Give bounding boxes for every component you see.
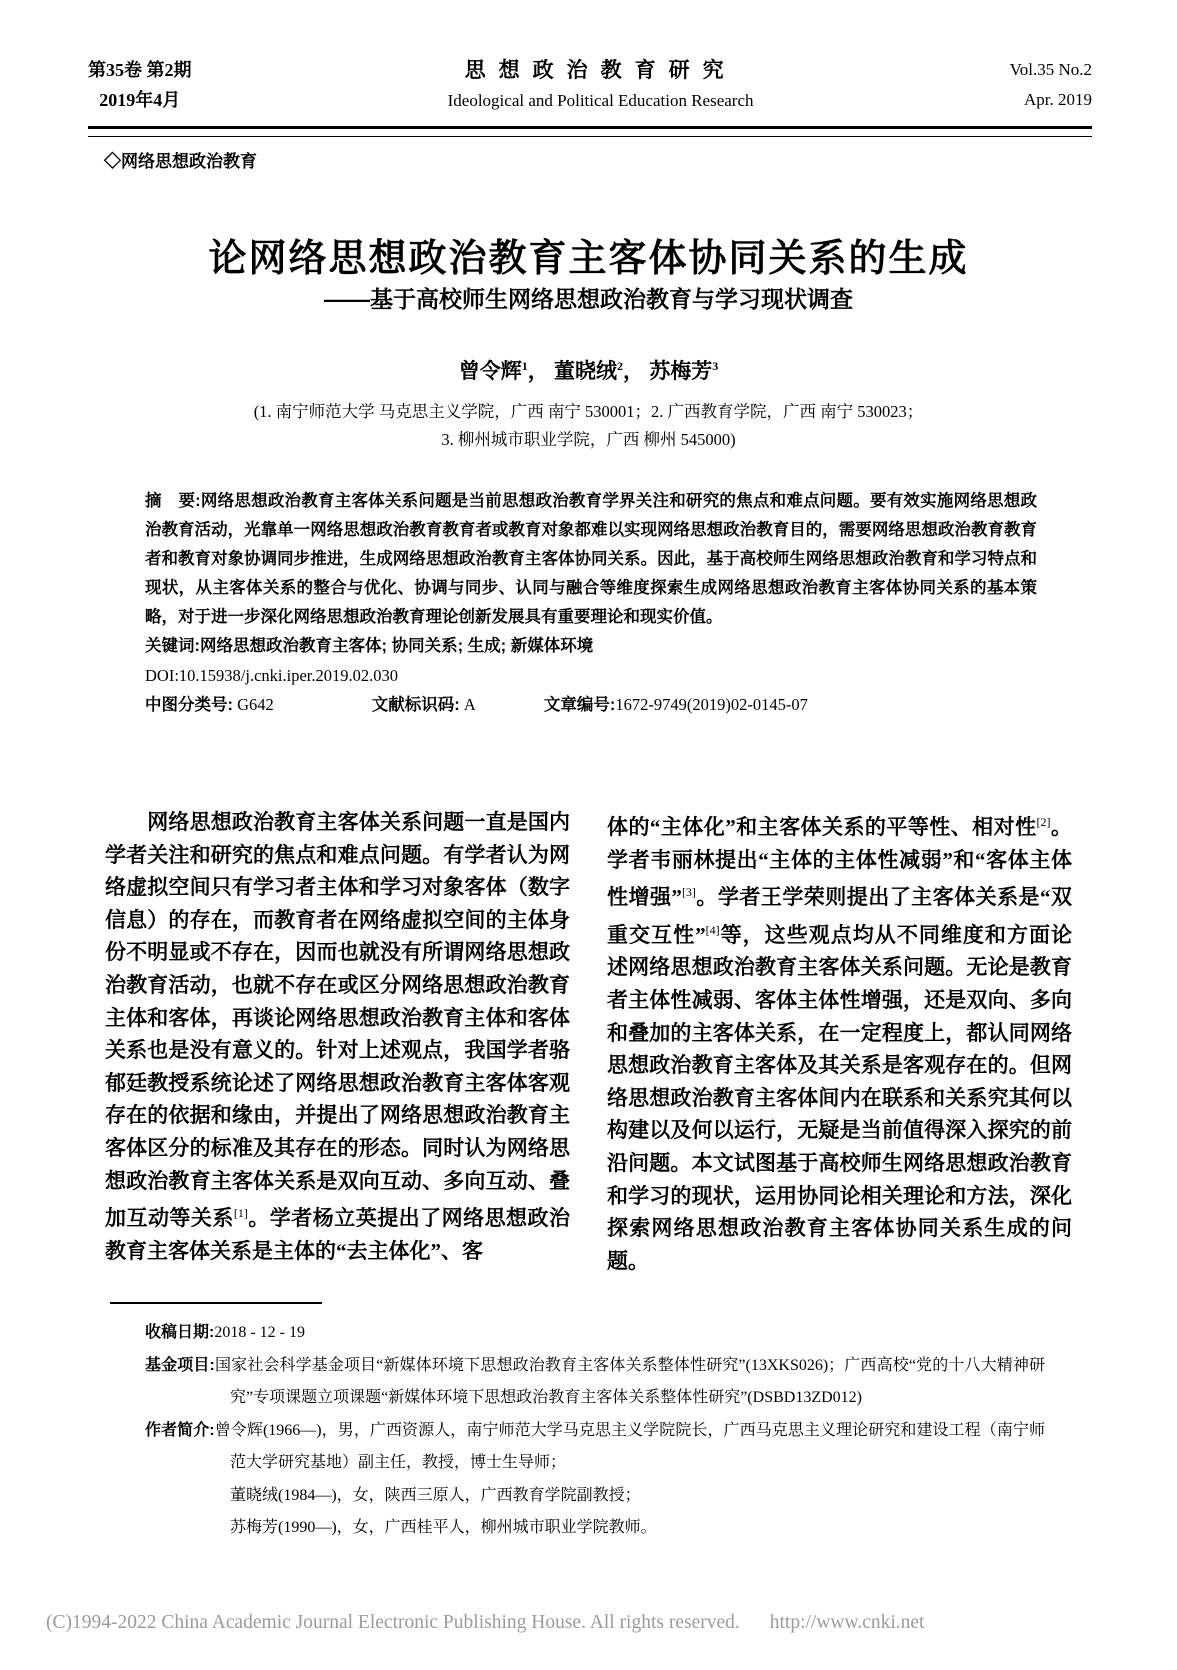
fund-label: 基金项目:	[145, 1357, 215, 1374]
header-right: Vol.35 No.2 Apr. 2019	[1010, 58, 1092, 112]
issue-date-cn: 2019年4月	[88, 88, 192, 112]
article-id-group: 文章编号:1672-9749(2019)02-0145-07	[544, 690, 808, 720]
keywords: 关键词:网络思想政治教育主客体; 协同关系; 生成; 新媒体环境	[145, 632, 1037, 661]
keywords-text: 网络思想政治教育主客体; 协同关系; 生成; 新媒体环境	[200, 637, 593, 655]
footnote-divider	[110, 1302, 322, 1304]
abstract-label: 摘 要:	[145, 492, 201, 510]
fund-text: 国家社会科学基金项目“新媒体环境下思想政治教育主客体关系整体性研究”(13XKS…	[215, 1357, 1045, 1407]
clc-group: 中图分类号: G642	[145, 690, 274, 720]
clc-label: 中图分类号:	[145, 696, 233, 714]
doc-code-label: 文献标识码:	[372, 696, 460, 714]
identifier-row: 中图分类号: G642 文献标识码: A 文章编号:1672-9749(2019…	[145, 690, 1037, 720]
affiliation-line-2: 3. 柳州城市职业学院，广西 柳州 545000)	[0, 426, 1177, 450]
doc-code-value: A	[464, 695, 476, 714]
journal-title-en: Ideological and Political Education Rese…	[192, 88, 1010, 114]
volume-issue-en: Vol.35 No.2	[1010, 58, 1092, 82]
paper-page: 第35卷 第2期 2019年4月 思想政治教育研究 Ideological an…	[0, 0, 1177, 1670]
footnote-bio-1: 作者简介:曾令辉(1966—)，男，广西资源人，南宁师范大学马克思主义学院院长，…	[145, 1415, 1045, 1480]
header-center: 思想政治教育研究 Ideological and Political Educa…	[192, 58, 1010, 114]
journal-title-cn: 思想政治教育研究	[192, 58, 1010, 82]
abstract: 摘 要:网络思想政治教育主客体关系问题是当前思想政治教育学界关注和研究的焦点和难…	[145, 487, 1037, 632]
doc-code-group: 文献标识码: A	[372, 690, 476, 720]
footnote-bio-2: 董晓绒(1984—)，女，陕西三原人，广西教育学院副教授；	[145, 1480, 1045, 1513]
article-title: 论网络思想政治教育主客体协同关系的生成	[0, 227, 1177, 282]
received-label: 收稿日期:	[145, 1324, 214, 1341]
footnote-fund: 基金项目:国家社会科学基金项目“新媒体环境下思想政治教育主客体关系整体性研究”(…	[145, 1350, 1045, 1415]
issue-date-en: Apr. 2019	[1010, 88, 1092, 112]
journal-header: 第35卷 第2期 2019年4月 思想政治教育研究 Ideological an…	[88, 58, 1092, 114]
footnote-received: 收稿日期:2018 - 12 - 19	[145, 1317, 1045, 1350]
doi-line: DOI:10.15938/j.cnki.iper.2019.02.030	[145, 661, 1037, 690]
cnki-url: http://www.cnki.net	[770, 1612, 925, 1633]
body-column-right: 体的“主体化”和主客体关系的平等性、相对性[2]。学者韦丽林提出“主体的主体性减…	[607, 806, 1072, 1277]
article-subtitle: ——基于高校师生网络思想政治教育与学习现状调查	[0, 281, 1177, 314]
author-line: 曾令辉1， 董晓绒2， 苏梅芳3	[0, 355, 1177, 385]
article-body: 网络思想政治教育主客体关系问题一直是国内学者关注和研究的焦点和难点问题。有学者认…	[105, 806, 1072, 1277]
received-value: 2018 - 12 - 19	[214, 1324, 305, 1341]
clc-value: G642	[237, 695, 274, 714]
article-meta: 摘 要:网络思想政治教育主客体关系问题是当前思想政治教育学界关注和研究的焦点和难…	[145, 487, 1037, 720]
article-id-label: 文章编号:	[544, 696, 616, 714]
abstract-text: 网络思想政治教育主客体关系问题是当前思想政治教育学界关注和研究的焦点和难点问题。…	[145, 492, 1037, 626]
article-id-value: 1672-9749(2019)02-0145-07	[615, 695, 807, 714]
bio-line-1: 曾令辉(1966—)，男，广西资源人，南宁师范大学马克思主义学院院长，广西马克思…	[215, 1422, 1045, 1472]
footnotes: 收稿日期:2018 - 12 - 19 基金项目:国家社会科学基金项目“新媒体环…	[145, 1317, 1045, 1545]
section-marker: ◇网络思想政治教育	[104, 147, 257, 172]
footnote-bio-3: 苏梅芳(1990—)，女，广西桂平人，柳州城市职业学院教师。	[145, 1512, 1045, 1545]
bio-label: 作者简介:	[145, 1422, 215, 1439]
volume-issue-cn: 第35卷 第2期	[88, 58, 192, 82]
copyright-text: (C)1994-2022 China Academic Journal Elec…	[46, 1612, 740, 1633]
keywords-label: 关键词:	[145, 637, 200, 655]
affiliation-line-1: (1. 南宁师范大学 马克思主义学院，广西 南宁 530001；2. 广西教育学…	[0, 398, 1177, 422]
header-left: 第35卷 第2期 2019年4月	[88, 58, 192, 112]
page-footer: (C)1994-2022 China Academic Journal Elec…	[46, 1612, 1146, 1634]
body-column-left: 网络思想政治教育主客体关系问题一直是国内学者关注和研究的焦点和难点问题。有学者认…	[105, 806, 570, 1277]
header-divider-rule	[88, 126, 1092, 137]
